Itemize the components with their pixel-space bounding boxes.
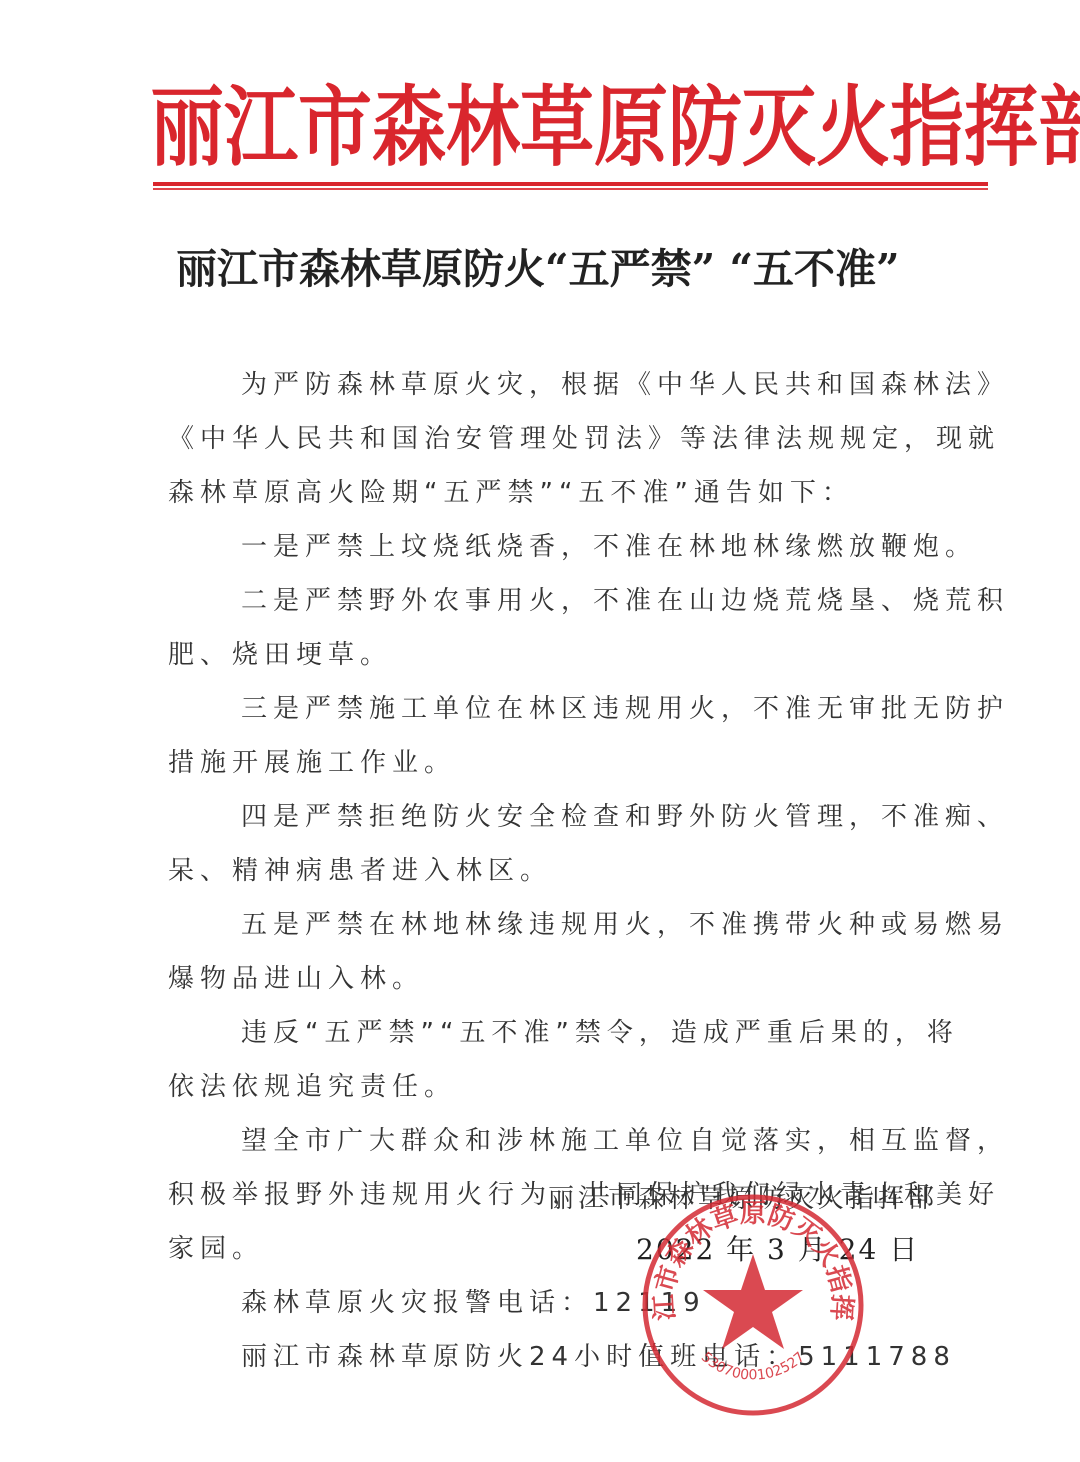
letterhead-char: 森 xyxy=(372,69,446,187)
document-title: 丽江市森林草原防火“五严禁” “五不准” xyxy=(176,236,976,295)
body-line: 肥、烧田埂草。 xyxy=(168,628,988,682)
body-line: 爆物品进山入林。 xyxy=(168,952,988,1006)
body-line: 森林草原高火险期“五严禁”“五不准”通告如下： xyxy=(168,466,988,520)
body-line: 为严防森林草原火灾，根据《中华人民共和国森林法》 xyxy=(168,358,988,412)
body-line: 《中华人民共和国治安管理处罚法》等法律法规规定，现就 xyxy=(168,412,988,466)
letterhead-char: 灭 xyxy=(742,69,816,187)
body-line: 一是严禁上坟烧纸烧香，不准在林地林缘燃放鞭炮。 xyxy=(168,520,988,574)
official-seal-icon: 丽江市森林草原防灭火指挥部 5307000102527 xyxy=(640,1192,866,1418)
letterhead-divider-thin xyxy=(153,188,988,190)
letterhead-char: 江 xyxy=(224,69,298,187)
body-line: 五是严禁在林地林缘违规用火，不准携带火种或易燃易 xyxy=(168,898,988,952)
body-line: 措施开展施工作业。 xyxy=(168,736,988,790)
body-line: 呆、精神病患者进入林区。 xyxy=(168,844,988,898)
letterhead-char: 林 xyxy=(446,69,520,187)
svg-text:5307000102527: 5307000102527 xyxy=(698,1349,808,1383)
body-line: 违反“五严禁”“五不准”禁令，造成严重后果的，将 xyxy=(168,1006,988,1060)
letterhead-char: 防 xyxy=(668,69,742,187)
letterhead-char: 市 xyxy=(298,69,372,187)
letterhead-char: 部 xyxy=(1038,69,1080,187)
letterhead-char: 挥 xyxy=(964,69,1038,187)
body-line: 三是严禁施工单位在林区违规用火，不准无审批无防护 xyxy=(168,682,988,736)
body-line: 依法依规追究责任。 xyxy=(168,1060,988,1114)
body-line: 四是严禁拒绝防火安全检查和野外防火管理，不准痴、 xyxy=(168,790,988,844)
letterhead-char: 丽 xyxy=(150,69,224,187)
seal-code: 5307000102527 xyxy=(698,1349,808,1383)
body-line: 二是严禁野外农事用火，不准在山边烧荒烧垦、烧荒积 xyxy=(168,574,988,628)
letterhead-char: 原 xyxy=(594,69,668,187)
letterhead-org-name: 丽 江 市 森 林 草 原 防 灭 火 指 挥 部 xyxy=(150,78,990,178)
letterhead-divider xyxy=(153,182,988,186)
body-line: 望全市广大群众和涉林施工单位自觉落实，相互监督， xyxy=(168,1114,988,1168)
letterhead-char: 火 xyxy=(816,69,890,187)
letterhead-char: 草 xyxy=(520,69,594,187)
letterhead-char: 指 xyxy=(890,69,964,187)
